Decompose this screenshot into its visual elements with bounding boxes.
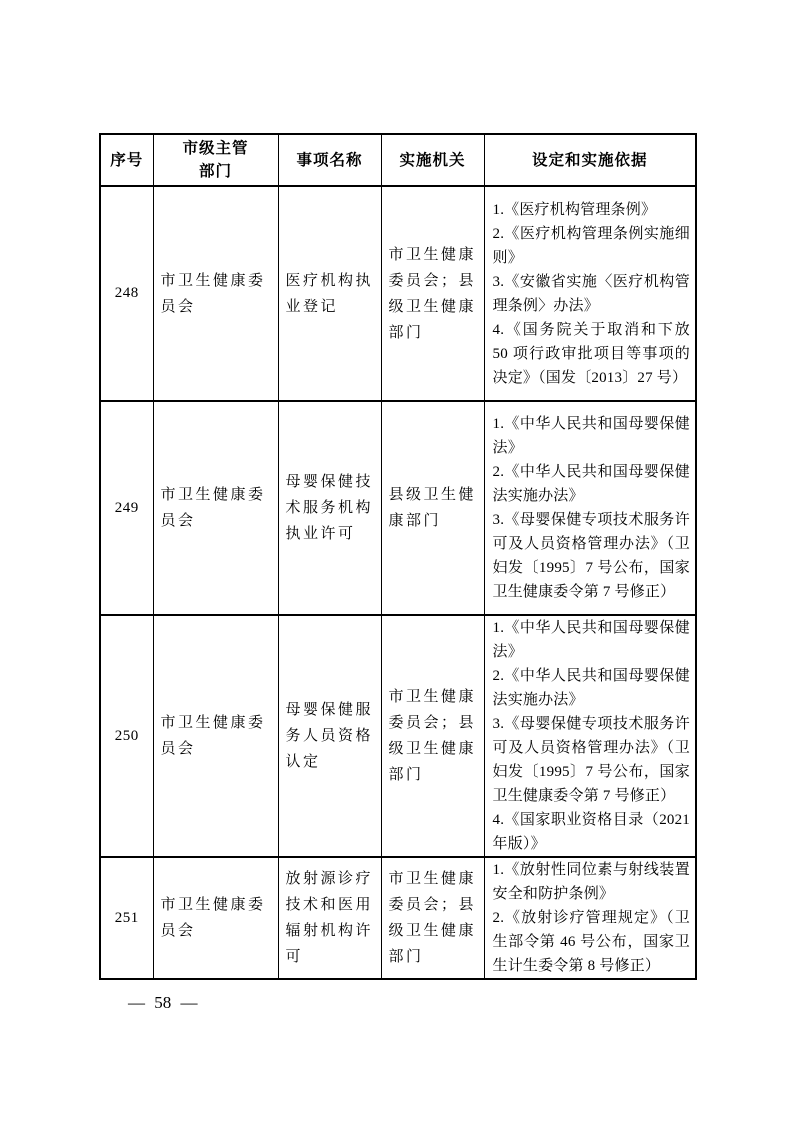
col-header-agency: 实施机关 [381, 134, 484, 186]
cell-department: 市卫生健康委员会 [153, 615, 278, 857]
cell-agency: 市卫生健康委员会；县级卫生健康部门 [381, 186, 484, 401]
cell-department: 市卫生健康委员会 [153, 401, 278, 615]
cell-seq: 249 [100, 401, 153, 615]
col-header-seq: 序号 [100, 134, 153, 186]
cell-item-name: 母婴保健服务人员资格认定 [278, 615, 381, 857]
cell-basis: 1.《放射性同位素与射线装置安全和防护条例》 2.《放射诊疗管理规定》（卫生部令… [484, 857, 696, 979]
cell-department: 市卫生健康委员会 [153, 186, 278, 401]
cell-item-name: 放射源诊疗技术和医用辐射机构许可 [278, 857, 381, 979]
col-header-department: 市级主管 部门 [153, 134, 278, 186]
cell-agency: 市卫生健康委员会；县级卫生健康部门 [381, 615, 484, 857]
approval-items-table: 序号 市级主管 部门 事项名称 实施机关 设定和实施依据 248 市卫生健康委员… [99, 133, 697, 980]
page-number: — 58 — [128, 993, 198, 1013]
col-header-basis: 设定和实施依据 [484, 134, 696, 186]
table-row: 249 市卫生健康委员会 母婴保健技术服务机构执业许可 县级卫生健康部门 1.《… [100, 401, 696, 615]
header-row: 序号 市级主管 部门 事项名称 实施机关 设定和实施依据 [100, 134, 696, 186]
cell-agency: 市卫生健康委员会；县级卫生健康部门 [381, 857, 484, 979]
cell-item-name: 医疗机构执业登记 [278, 186, 381, 401]
cell-basis: 1.《医疗机构管理条例》 2.《医疗机构管理条例实施细则》 3.《安徽省实施〈医… [484, 186, 696, 401]
table-row: 251 市卫生健康委员会 放射源诊疗技术和医用辐射机构许可 市卫生健康委员会；县… [100, 857, 696, 979]
table-row: 250 市卫生健康委员会 母婴保健服务人员资格认定 市卫生健康委员会；县级卫生健… [100, 615, 696, 857]
cell-seq: 248 [100, 186, 153, 401]
cell-item-name: 母婴保健技术服务机构执业许可 [278, 401, 381, 615]
cell-department: 市卫生健康委员会 [153, 857, 278, 979]
cell-seq: 250 [100, 615, 153, 857]
cell-agency: 县级卫生健康部门 [381, 401, 484, 615]
cell-seq: 251 [100, 857, 153, 979]
table-row: 248 市卫生健康委员会 医疗机构执业登记 市卫生健康委员会；县级卫生健康部门 … [100, 186, 696, 401]
col-header-item-name: 事项名称 [278, 134, 381, 186]
cell-basis: 1.《中华人民共和国母婴保健法》 2.《中华人民共和国母婴保健法实施办法》 3.… [484, 615, 696, 857]
cell-basis: 1.《中华人民共和国母婴保健法》 2.《中华人民共和国母婴保健法实施办法》 3.… [484, 401, 696, 615]
